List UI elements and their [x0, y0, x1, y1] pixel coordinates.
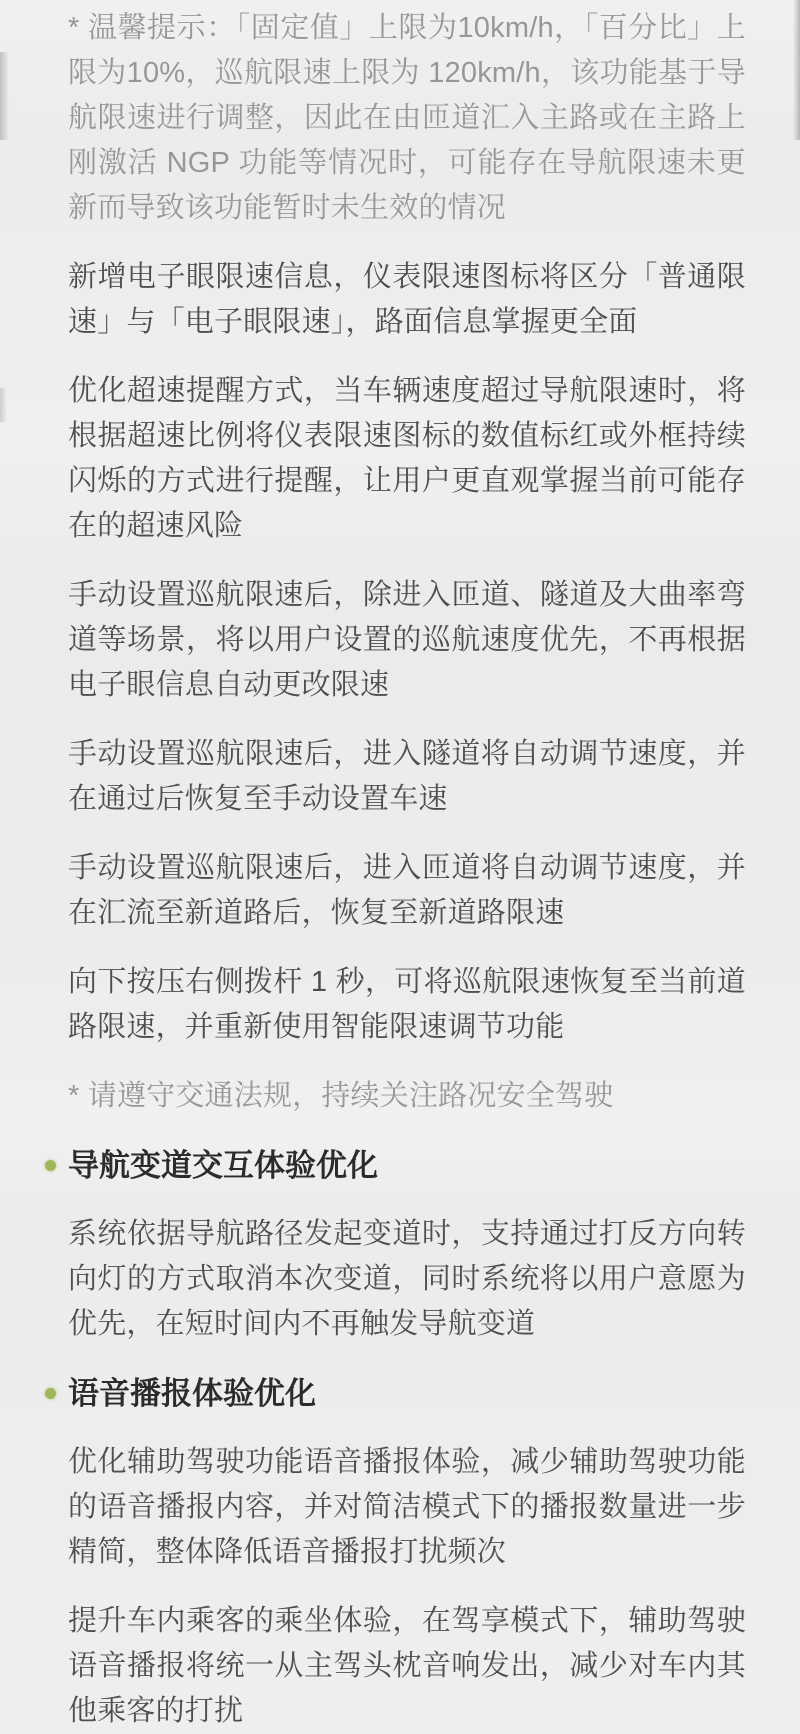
section-heading-voice-broadcast: 语音播报体验优化: [68, 1371, 746, 1416]
section-heading-label: 导航变道交互体验优化: [68, 1148, 378, 1183]
green-bullet-icon: [45, 1388, 56, 1399]
paragraph-voice-headrest: 提升车内乘客的乘坐体验，在驾享模式下，辅助驾驶语音播报将统一从主驾头枕音响发出，…: [68, 1599, 746, 1734]
green-bullet-icon: [45, 1160, 56, 1171]
tip-note: * 温馨提示：「固定值」上限为10km/h，「百分比」上限为10%，巡航限速上限…: [68, 6, 746, 231]
paragraph-lane-change-cancel: 系统依据导航路径发起变道时，支持通过打反方向转向灯的方式取消本次变道，同时系统将…: [68, 1212, 746, 1347]
left-edge-artifact-2: [0, 388, 7, 422]
paragraph-manual-priority: 手动设置巡航限速后，除进入匝道、隧道及大曲率弯道等场景，将以用户设置的巡航速度优…: [68, 573, 746, 708]
paragraph-voice-reduce: 优化辅助驾驶功能语音播报体验，减少辅助驾驶功能的语音播报内容，并对简洁模式下的播…: [68, 1440, 746, 1575]
right-edge-artifact: [793, 0, 800, 140]
safety-note: * 请遵守交通法规，持续关注路况安全驾驶: [68, 1074, 746, 1119]
section-heading-label: 语音播报体验优化: [68, 1376, 316, 1411]
release-notes-scroll-area[interactable]: * 温馨提示：「固定值」上限为10km/h，「百分比」上限为10%，巡航限速上限…: [0, 0, 800, 1734]
left-edge-artifact: [0, 52, 9, 140]
paragraph-manual-ramp: 手动设置巡航限速后，进入匝道将自动调节速度，并在汇流至新道路后，恢复至新道路限速: [68, 846, 746, 936]
paragraph-stalk-reset: 向下按压右侧拨杆 1 秒，可将巡航限速恢复至当前道路限速，并重新使用智能限速调节…: [68, 960, 746, 1050]
paragraph-ecam-info: 新增电子眼限速信息，仪表限速图标将区分「普通限速」与「电子眼限速」，路面信息掌握…: [68, 255, 746, 345]
paragraph-overspeed-alert: 优化超速提醒方式，当车辆速度超过导航限速时，将根据超速比例将仪表限速图标的数值标…: [68, 369, 746, 549]
paragraph-manual-tunnel: 手动设置巡航限速后，进入隧道将自动调节速度，并在通过后恢复至手动设置车速: [68, 732, 746, 822]
section-heading-lane-change: 导航变道交互体验优化: [68, 1143, 746, 1188]
